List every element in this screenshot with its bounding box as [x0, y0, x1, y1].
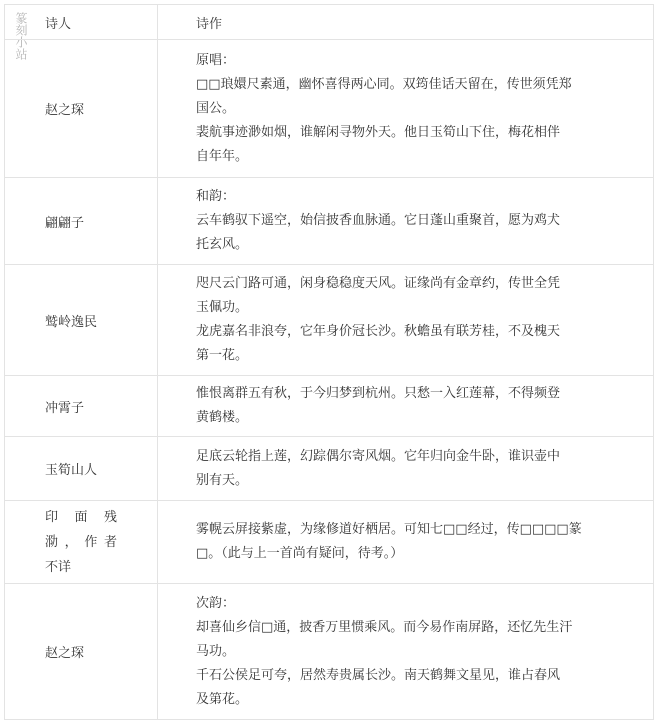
poem-line: 次韵：	[196, 592, 633, 616]
poem-line: 却喜仙乡信□通，披香万里惯乘风。而今易作南屏路，还忆先生汗	[196, 616, 633, 640]
poet-line: 不详	[45, 555, 117, 580]
poem-line: 裴航事迹渺如烟，谁解闲寻物外天。他日玉筍山下住，梅花相伴	[196, 121, 633, 145]
poem-cell: 和韵： 云车鹤驭下遥空，始信披香血脉通。它日蓬山重聚首，愿为鸡犬 托玄风。	[158, 178, 654, 265]
poem-cell: 咫尺云门路可通，闲身稳稳度天风。证缘尚有金章约，传世全凭 玉佩功。 龙虎嘉名非浪…	[158, 265, 654, 376]
table-row: 鹫岭逸民 咫尺云门路可通，闲身稳稳度天风。证缘尚有金章约，传世全凭 玉佩功。 龙…	[5, 265, 654, 376]
poet-cell: 鹫岭逸民	[5, 265, 158, 376]
poem-line: □。（此与上一首尚有疑问，待考。）	[196, 542, 633, 566]
table-row: 赵之琛 原唱： □□琅嬛尺素通，幽怀喜得两心同。双筠佳话天留在，传世须凭郑 国公…	[5, 40, 654, 178]
table-row: 赵之琛 次韵： 却喜仙乡信□通，披香万里惯乘风。而今易作南屏路，还忆先生汗 马功…	[5, 584, 654, 720]
poem-line: 托玄风。	[196, 233, 633, 257]
poem-line: 足底云轮指上莲，幻踪偶尔寄风烟。它年归向金牛卧，谁识壶中	[196, 445, 633, 469]
poem-line: 别有天。	[196, 469, 633, 493]
poem-line: 云车鹤驭下遥空，始信披香血脉通。它日蓬山重聚首，愿为鸡犬	[196, 209, 633, 233]
poem-line: 和韵：	[196, 185, 633, 209]
poem-line: 自年年。	[196, 145, 633, 169]
poet-line: 印面残	[45, 505, 117, 530]
poem-cell: 足底云轮指上莲，幻踪偶尔寄风烟。它年归向金牛卧，谁识壶中 别有天。	[158, 437, 654, 501]
table-row: 印面残 泐，作者 不详 雾幌云屏接紫虚，为缘修道好栖居。可知七□□经过，传□□□…	[5, 501, 654, 584]
poem-cell: 原唱： □□琅嬛尺素通，幽怀喜得两心同。双筠佳话天留在，传世须凭郑 国公。 裴航…	[158, 40, 654, 178]
poet-cell: 玉筍山人	[5, 437, 158, 501]
poem-line: 原唱：	[196, 49, 633, 73]
poem-line: 龙虎嘉名非浪夸，它年身价冠长沙。秋蟾虽有联芳桂，不及槐天	[196, 320, 633, 344]
poem-table: 诗人 诗作 赵之琛 原唱： □□琅嬛尺素通，幽怀喜得两心同。双筠佳话天留在，传世…	[4, 4, 654, 720]
poem-line: 雾幌云屏接紫虚，为缘修道好栖居。可知七□□经过，传□□□□篆	[196, 518, 633, 542]
poem-cell: 惟恨离群五有秋，于今归梦到杭州。只愁一入红莲幕，不得频登 黄鹤楼。	[158, 376, 654, 437]
poem-line: 第一花。	[196, 344, 633, 368]
column-header-poem: 诗作	[158, 5, 654, 40]
poem-line: 及第花。	[196, 688, 633, 712]
poem-line: 马功。	[196, 640, 633, 664]
poet-line: 泐，作者	[45, 530, 117, 555]
poet-cell: 冲霄子	[5, 376, 158, 437]
poem-line: 黄鹤楼。	[196, 406, 633, 430]
poet-cell: 印面残 泐，作者 不详	[5, 501, 158, 584]
table-row: 冲霄子 惟恨离群五有秋，于今归梦到杭州。只愁一入红莲幕，不得频登 黄鹤楼。	[5, 376, 654, 437]
poem-line: 国公。	[196, 97, 633, 121]
poet-cell: 赵之琛	[5, 584, 158, 720]
poem-line: 玉佩功。	[196, 296, 633, 320]
poet-cell: 翩翩子	[5, 178, 158, 265]
poem-cell: 次韵： 却喜仙乡信□通，披香万里惯乘风。而今易作南屏路，还忆先生汗 马功。 千石…	[158, 584, 654, 720]
table-header-row: 诗人 诗作	[5, 5, 654, 40]
table-row: 翩翩子 和韵： 云车鹤驭下遥空，始信披香血脉通。它日蓬山重聚首，愿为鸡犬 托玄风…	[5, 178, 654, 265]
poem-line: 咫尺云门路可通，闲身稳稳度天风。证缘尚有金章约，传世全凭	[196, 272, 633, 296]
column-header-poet: 诗人	[5, 5, 158, 40]
poem-line: 千石公侯足可夸，居然寿贵属长沙。南天鹤舞文星见，谁占春风	[196, 664, 633, 688]
poem-cell: 雾幌云屏接紫虚，为缘修道好栖居。可知七□□经过，传□□□□篆 □。（此与上一首尚…	[158, 501, 654, 584]
poem-line: □□琅嬛尺素通，幽怀喜得两心同。双筠佳话天留在，传世须凭郑	[196, 73, 633, 97]
poet-cell: 赵之琛	[5, 40, 158, 178]
table-row: 玉筍山人 足底云轮指上莲，幻踪偶尔寄风烟。它年归向金牛卧，谁识壶中 别有天。	[5, 437, 654, 501]
poem-line: 惟恨离群五有秋，于今归梦到杭州。只愁一入红莲幕，不得频登	[196, 382, 633, 406]
